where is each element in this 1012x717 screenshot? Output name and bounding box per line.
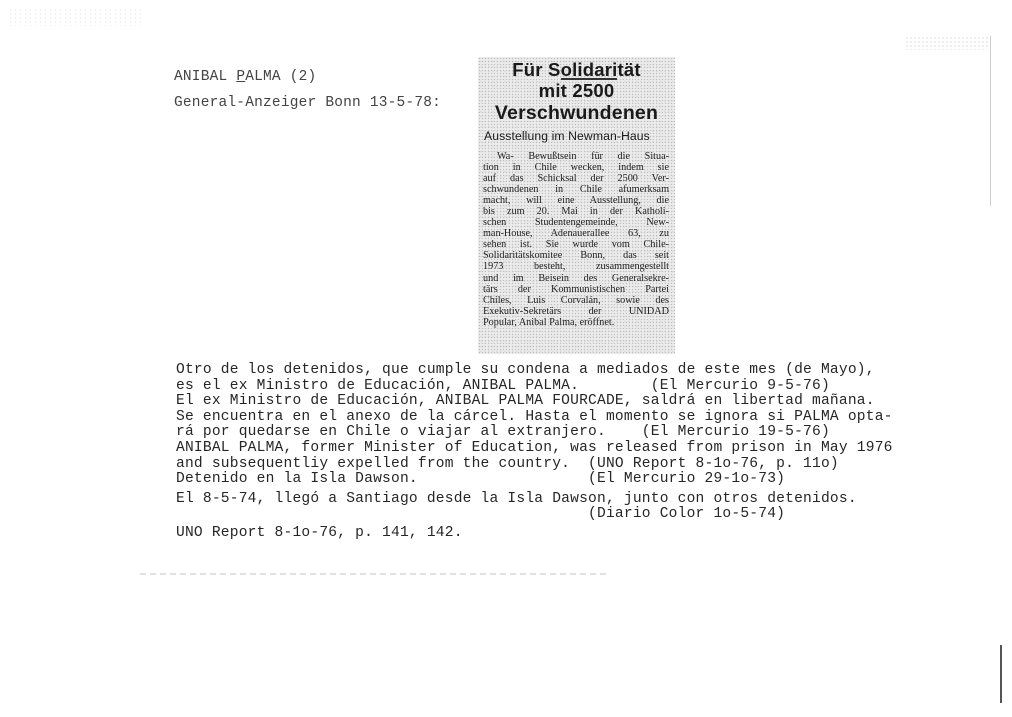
clipping-body-line: Popular, Anibal Palma, eröffnet.: [483, 317, 669, 328]
scan-noise-top-right: [905, 36, 991, 50]
typed-note-line: El ex Ministro de Educación, ANIBAL PALM…: [176, 394, 893, 410]
clipping-body-line: bis zum 20. Mai in der Katholi-: [483, 206, 669, 217]
headline-line-3: Verschwundenen: [478, 102, 675, 124]
newspaper-clipping: Für Solidarität mit 2500 Verschwundenen …: [478, 57, 675, 354]
clipping-body-line: schen Studentengemeinde, New-: [483, 217, 669, 228]
typed-note-line: es el ex Ministro de Educación, ANIBAL P…: [176, 379, 893, 395]
page-edge-line: [990, 36, 991, 206]
typed-note-line: UNO Report 8-1o-76, p. 141, 142.: [176, 526, 893, 542]
clipping-body-line: macht, will eine Ausstellung, die: [483, 195, 669, 206]
clipping-subhead: Ausstellung im Newman-Haus: [478, 129, 675, 143]
clipping-body-line: Chiles, Luis Corvalán, sowie des: [483, 295, 669, 306]
typed-note-line: Detenido en la Isla Dawson. (El Mercurio…: [176, 472, 893, 488]
document-title: ANIBAL PALMA (2): [174, 69, 316, 85]
clipping-body-line: auf das Schicksal der 2500 Ver-: [483, 173, 669, 184]
title-prefix: ANIBAL: [174, 69, 236, 85]
clipping-body-line: Exekutiv-Sekretärs der UNIDAD: [483, 306, 669, 317]
typed-note-line: Otro de los detenidos, que cumple su con…: [176, 363, 893, 379]
typed-note-line: Se encuentra en el anexo de la cárcel. H…: [176, 410, 893, 426]
clipping-body-line: schwundenen in Chile afumerksam: [483, 184, 669, 195]
scanned-document-page: ANIBAL PALMA (2) General-Anzeiger Bonn 1…: [0, 0, 1012, 717]
clipping-body-line: 1973 besteht, zusammengestellt: [483, 261, 669, 272]
headline-underline: [561, 78, 617, 80]
page-edge-line-bottom: [1000, 645, 1002, 703]
title-suffix: ALMA (2): [245, 69, 316, 85]
source-citation: General-Anzeiger Bonn 13-5-78:: [174, 95, 441, 111]
typed-note-line: El 8-5-74, llegó a Santiago desde la Isl…: [176, 492, 893, 508]
clipping-body-line: und im Beisein des Generalsekre-: [483, 273, 669, 284]
clipping-body: Wa- Bewußtsein für die Situa-tion in Chi…: [478, 151, 675, 328]
typed-note-line: ANIBAL PALMA, former Minister of Educati…: [176, 441, 893, 457]
typed-note-line: and subsequentliy expelled from the coun…: [176, 457, 893, 473]
scan-artifact-line: [140, 573, 610, 575]
typed-note-line: (Diario Color 1o-5-74): [176, 507, 893, 523]
clipping-body-line: Wa- Bewußtsein für die Situa-: [483, 151, 669, 162]
clipping-body-line: man-House, Adenauerallee 63, zu: [483, 228, 669, 239]
scan-noise: [8, 8, 143, 26]
clipping-body-line: Solidaritätskomitee Bonn, das seit: [483, 250, 669, 261]
clipping-headline: Für Solidarität mit 2500 Verschwundenen: [478, 59, 675, 124]
clipping-body-line: tärs der Kommunistischen Partei: [483, 284, 669, 295]
typed-note-line: rá por quedarse en Chile o viajar al ext…: [176, 425, 893, 441]
clipping-body-line: sehen ist. Sie wurde vom Chile-: [483, 239, 669, 250]
headline-line-2: mit 2500: [478, 80, 675, 102]
clipping-body-line: tion in Chile wecken, indem sie: [483, 162, 669, 173]
title-underlined-letter: P: [236, 69, 245, 85]
typed-notes: Otro de los detenidos, que cumple su con…: [176, 363, 893, 542]
